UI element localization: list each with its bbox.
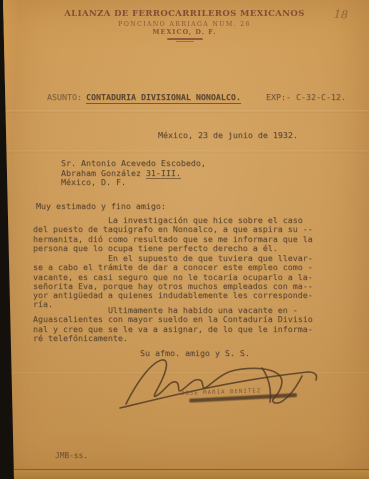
letterhead-rule-small bbox=[176, 41, 194, 42]
underlying-sheet-edge bbox=[0, 469, 369, 479]
expediente-number: EXP:- C-32-C-12. bbox=[266, 92, 346, 102]
letterhead-rule bbox=[167, 38, 203, 40]
letter-paper: ALIANZA DE FERROCARRILEROS MEXICANOS PON… bbox=[0, 0, 369, 479]
dateline: México, 23 de junio de 1932. bbox=[158, 130, 298, 140]
letterhead: ALIANZA DE FERROCARRILEROS MEXICANOS PON… bbox=[0, 9, 369, 42]
letterhead-city: MEXICO, D. F. bbox=[0, 29, 369, 36]
recipient-block: Sr. Antonio Acevedo Escobedo,Abraham Gon… bbox=[61, 159, 206, 188]
handwritten-page-number: 18 bbox=[334, 8, 349, 22]
recipient-number: 31-III. bbox=[146, 168, 181, 179]
typist-initials: JMB-ss. bbox=[55, 451, 88, 460]
body-paragraph-1: La investigación que hice sobre el caso … bbox=[33, 216, 335, 253]
body-paragraph-2: En el supuesto de que tuviera que llevar… bbox=[33, 254, 335, 310]
scanned-letter-scene: ALIANZA DE FERROCARRILEROS MEXICANOS PON… bbox=[0, 0, 369, 479]
recipient-city: México, D. F. bbox=[61, 177, 126, 187]
handwritten-signature bbox=[112, 350, 332, 412]
fold-crease bbox=[0, 150, 369, 153]
body-paragraph-3: Ultimamente ha habido una vacante en - A… bbox=[33, 306, 335, 343]
recipient-name: Sr. Antonio Acevedo Escobedo, bbox=[61, 158, 206, 168]
asunto-value: CONTADURIA DIVISIONAL NONOALCO. bbox=[86, 92, 241, 104]
recipient-street: Abraham González bbox=[61, 168, 146, 178]
salutation: Muy estimado y fino amigo: bbox=[36, 201, 166, 211]
letterhead-address: PONCIANO ARRIAGA NUM. 26 bbox=[0, 21, 369, 28]
letterhead-organization: ALIANZA DE FERROCARRILEROS MEXICANOS bbox=[0, 9, 369, 19]
fold-crease bbox=[0, 110, 369, 113]
asunto-label: ASUNTO: bbox=[47, 92, 82, 102]
